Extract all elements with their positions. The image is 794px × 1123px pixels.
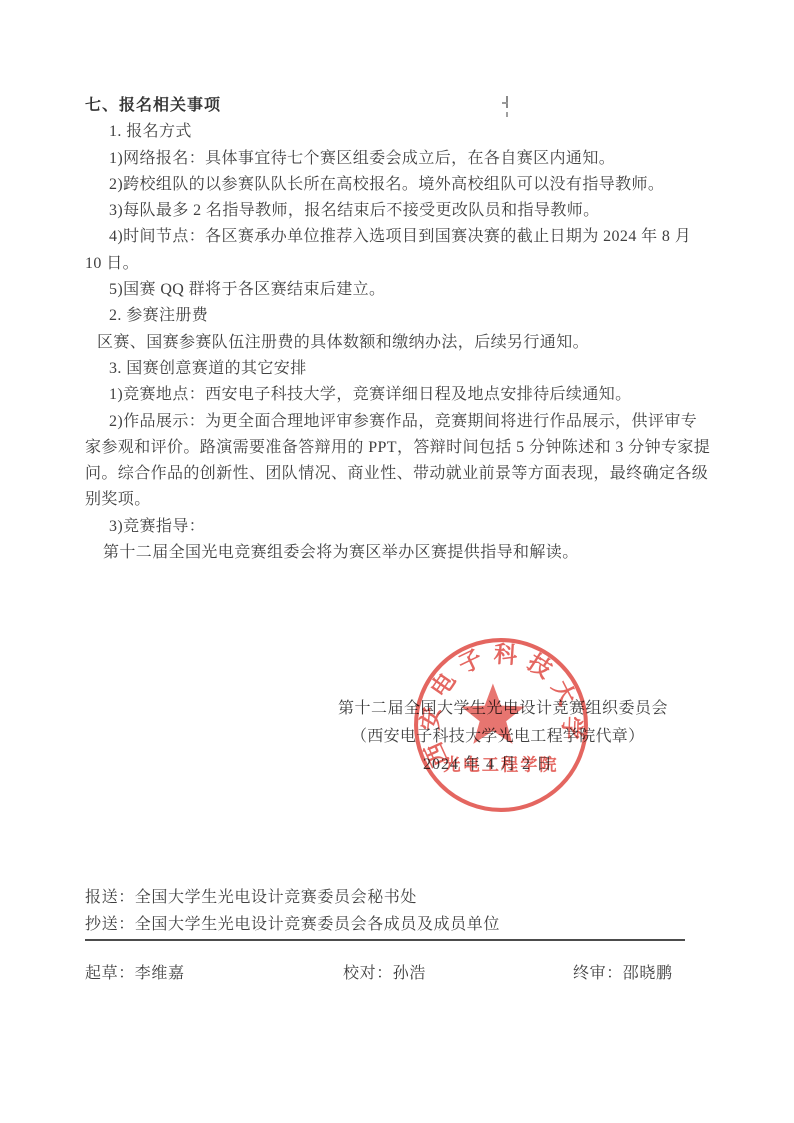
body-line: 问。综合作品的创新性、团队情况、商业性、带动就业前景等方面表现，最终确定各级	[85, 461, 711, 487]
body-line: 10 日。	[85, 251, 711, 277]
seal-bottom-text: 光电工程学院	[443, 755, 558, 775]
body-line: 3)竞赛指导：	[109, 514, 711, 540]
scanned-document-page: 七、报名相关事项 1. 报名方式 1)网络报名：具体事宜待七个赛区组委会成立后，…	[0, 0, 794, 1123]
star-icon	[461, 684, 525, 744]
body-line: 家参观和评价。路演需要准备答辩用的 PPT，答辩时间包括 5 分钟陈述和 3 分…	[85, 435, 711, 461]
body-line: 1)网络报名：具体事宜待七个赛区组委会成立后，在各自赛区内通知。	[109, 146, 711, 172]
body-line: 3. 国赛创意赛道的其它安排	[109, 356, 711, 382]
official-seal-stamp: 西安电子科技大学 光电工程学院	[412, 636, 590, 814]
body-line: 3)每队最多 2 名指导教师，报名结束后不接受更改队员和指导教师。	[109, 198, 711, 224]
body-line: 别奖项。	[85, 487, 711, 513]
footer-report-line: 报送：全国大学生光电设计竞赛委员会秘书处	[85, 884, 417, 907]
footer-final-reviewer: 终审：邵晓鹏	[573, 960, 673, 983]
document-body: 七、报名相关事项 1. 报名方式 1)网络报名：具体事宜待七个赛区组委会成立后，…	[85, 93, 711, 566]
body-line: 2. 参赛注册费	[109, 303, 711, 329]
body-line: 5)国赛 QQ 群将于各区赛结束后建立。	[109, 277, 711, 303]
section-heading: 七、报名相关事项	[85, 93, 711, 119]
footer-drafter: 起草：李维嘉	[85, 960, 185, 983]
footer-proofreader: 校对：孙浩	[343, 960, 426, 983]
footer-cc-line: 抄送：全国大学生光电设计竞赛委员会各成员及成员单位	[85, 911, 500, 934]
body-line: 区赛、国赛参赛队伍注册费的具体数额和缴纳办法，后续另行通知。	[97, 330, 711, 356]
body-line: 2)跨校组队的以参赛队队长所在高校报名。境外高校组队可以没有指导教师。	[109, 172, 711, 198]
body-line: 1)竞赛地点：西安电子科技大学，竞赛详细日程及地点安排待后续通知。	[109, 382, 711, 408]
body-line: 2)作品展示：为更全面合理地评审参赛作品，竞赛期间将进行作品展示，供评审专	[109, 409, 711, 435]
body-line: 4)时间节点：各区赛承办单位推荐入选项目到国赛决赛的截止日期为 2024 年 8…	[109, 224, 711, 250]
scan-artifact-icon	[502, 96, 512, 118]
body-line: 1. 报名方式	[109, 119, 711, 145]
body-line: 第十二届全国光电竞赛组委会将为赛区举办区赛提供指导和解读。	[103, 540, 711, 566]
footer-divider	[85, 939, 685, 941]
